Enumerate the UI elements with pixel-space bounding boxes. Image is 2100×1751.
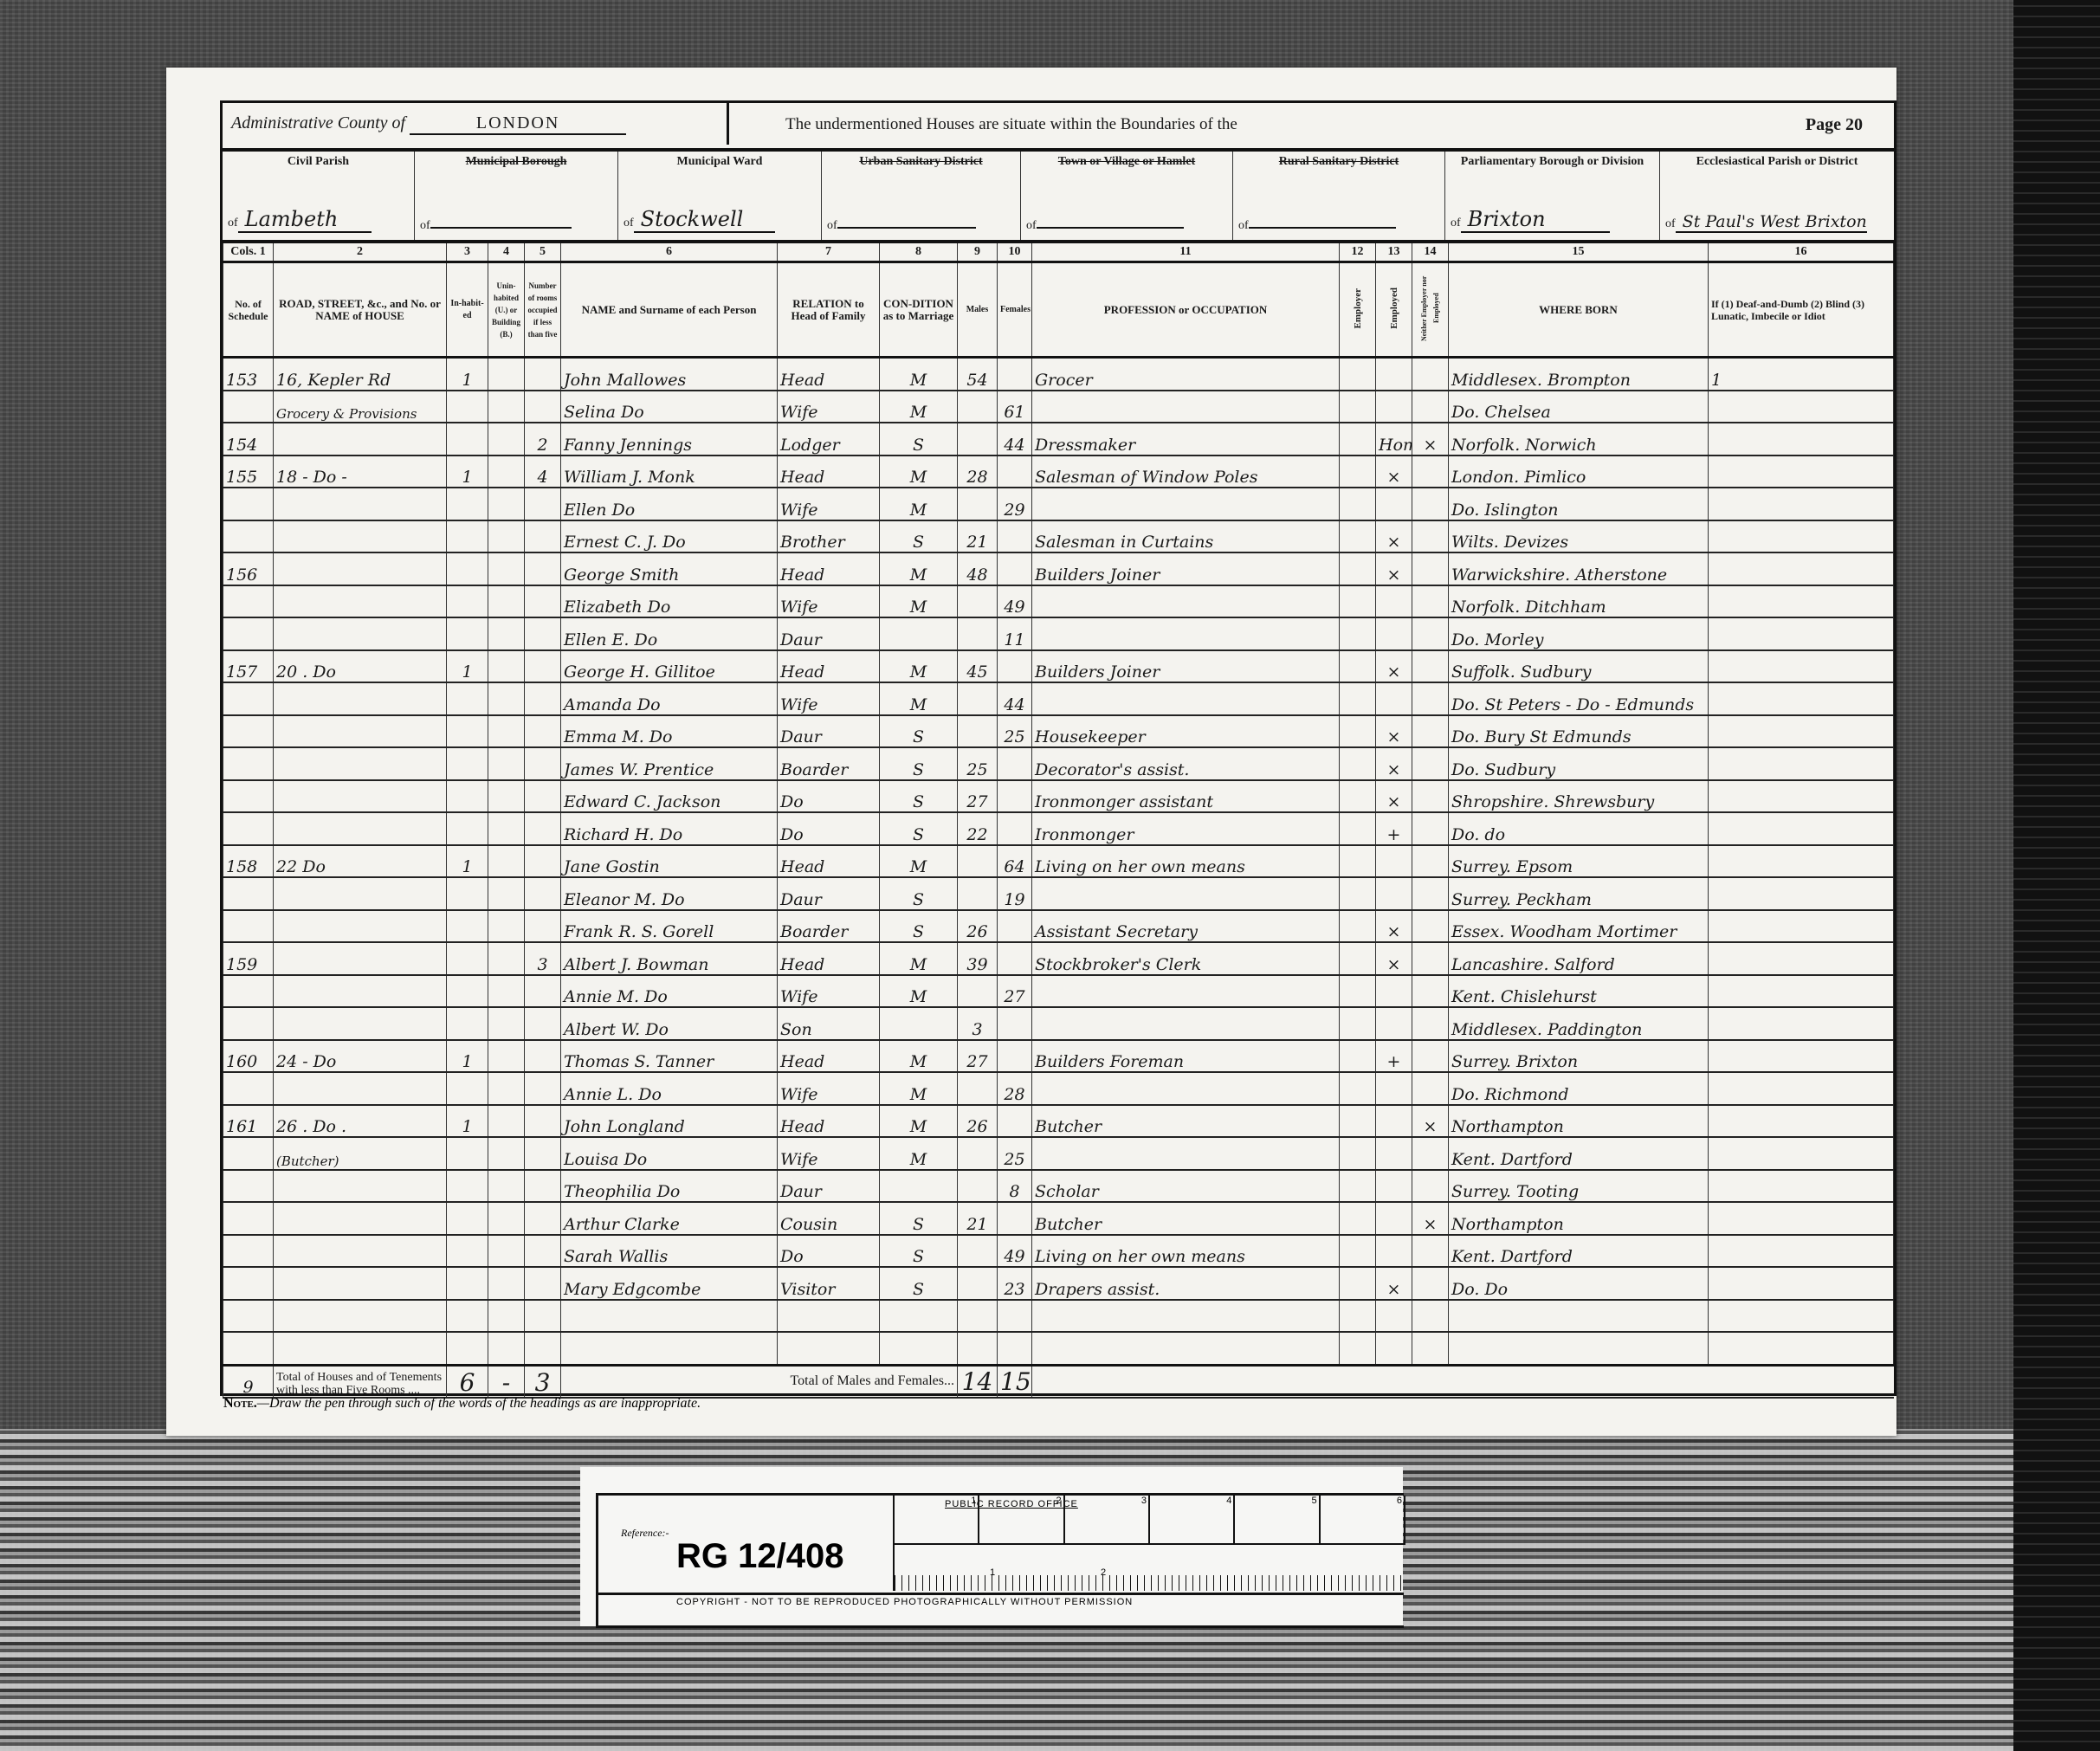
cell-female-age: 25 bbox=[998, 715, 1032, 748]
cell-employed bbox=[1376, 1202, 1412, 1235]
header-female-age: Females bbox=[998, 262, 1032, 358]
cell-where-born: Middlesex. Paddington bbox=[1449, 1007, 1709, 1040]
cell-employer bbox=[1340, 910, 1376, 943]
cell-relation: Daur bbox=[778, 617, 880, 650]
cell-employed bbox=[1376, 845, 1412, 878]
total-rooms: 3 bbox=[525, 1365, 561, 1398]
of-label: of bbox=[1451, 216, 1461, 229]
cell-schedule-number bbox=[223, 488, 274, 520]
cell-inhabited bbox=[447, 975, 488, 1008]
cell-condition: M bbox=[880, 975, 958, 1008]
total-houses-label: Total of Houses and of Tenements with le… bbox=[274, 1365, 447, 1398]
cell-occupation: Assistant Secretary bbox=[1032, 910, 1340, 943]
cell-person-name: Arthur Clarke bbox=[561, 1202, 778, 1235]
cell-address: 16, Kepler Rd bbox=[274, 358, 447, 391]
colnum: 4 bbox=[488, 243, 525, 262]
cell-inhabited: 1 bbox=[447, 456, 488, 488]
cell-employer bbox=[1340, 585, 1376, 618]
cell-uninhabited bbox=[488, 650, 525, 683]
cell-female-age bbox=[998, 780, 1032, 813]
cell-female-age: 44 bbox=[998, 423, 1032, 456]
cell-schedule-number: 154 bbox=[223, 423, 274, 456]
cell-uninhabited bbox=[488, 1202, 525, 1235]
cell-person-name: Elizabeth Do bbox=[561, 585, 778, 618]
division-row: Civil Parish ofLambeth Municipal Borough… bbox=[223, 152, 1894, 243]
cell-uninhabited bbox=[488, 975, 525, 1008]
cell-relation: Head bbox=[778, 456, 880, 488]
cell-address bbox=[274, 617, 447, 650]
cell-male-age: 26 bbox=[958, 1105, 998, 1138]
cell-address bbox=[274, 1332, 447, 1365]
cell-male-age bbox=[958, 1332, 998, 1365]
cell-employer bbox=[1340, 488, 1376, 520]
ruler-mark: 1 bbox=[990, 1567, 995, 1578]
header-neither-label: Neither Employer nor Employed bbox=[1418, 263, 1443, 353]
cell-where-born: Warwickshire. Atherstone bbox=[1449, 552, 1709, 585]
cell-schedule-number: 156 bbox=[223, 552, 274, 585]
cell-male-age bbox=[958, 715, 998, 748]
form-header: Administrative County of LONDON The unde… bbox=[223, 103, 1894, 152]
cell-schedule-number bbox=[223, 780, 274, 813]
cell-male-age: 21 bbox=[958, 1202, 998, 1235]
cell-where-born: Do. Morley bbox=[1449, 617, 1709, 650]
cell-address bbox=[274, 1072, 447, 1105]
cell-male-age bbox=[958, 877, 998, 910]
cell-female-age bbox=[998, 1040, 1032, 1073]
cell-female-age: 49 bbox=[998, 585, 1032, 618]
cell-male-age bbox=[958, 391, 998, 423]
cell-rooms bbox=[525, 780, 561, 813]
cell-employer bbox=[1340, 423, 1376, 456]
cell-male-age bbox=[958, 1300, 998, 1333]
cell-inhabited bbox=[447, 552, 488, 585]
cell-schedule-number bbox=[223, 585, 274, 618]
cell-infirmity bbox=[1709, 975, 1894, 1008]
cell-rooms bbox=[525, 715, 561, 748]
cell-condition: S bbox=[880, 715, 958, 748]
division-label: Town or Village or Hamlet bbox=[1026, 155, 1227, 168]
cell-rooms bbox=[525, 1007, 561, 1040]
cell-employed bbox=[1376, 617, 1412, 650]
cell-male-age bbox=[958, 1235, 998, 1268]
cell-neither bbox=[1412, 877, 1449, 910]
total-females: 15 bbox=[998, 1365, 1032, 1398]
cell-inhabited bbox=[447, 1202, 488, 1235]
cell-relation: Head bbox=[778, 1105, 880, 1138]
cell-address bbox=[274, 1170, 447, 1203]
cell-rooms bbox=[525, 391, 561, 423]
cell-schedule-number: 161 bbox=[223, 1105, 274, 1138]
cell-person-name bbox=[561, 1300, 778, 1333]
cell-uninhabited bbox=[488, 682, 525, 715]
cell-uninhabited bbox=[488, 1105, 525, 1138]
cell-where-born: Do. Sudbury bbox=[1449, 747, 1709, 780]
cell-address bbox=[274, 552, 447, 585]
cell-relation: Boarder bbox=[778, 747, 880, 780]
cell-schedule-number: 153 bbox=[223, 358, 274, 391]
cell-inhabited bbox=[447, 747, 488, 780]
cell-male-age: 25 bbox=[958, 747, 998, 780]
cell-where-born bbox=[1449, 1300, 1709, 1333]
cell-neither bbox=[1412, 1300, 1449, 1333]
cell-male-age: 3 bbox=[958, 1007, 998, 1040]
cell-employer bbox=[1340, 1137, 1376, 1170]
header-condition: CON-DITION as to Marriage bbox=[880, 262, 958, 358]
cell-rooms bbox=[525, 1105, 561, 1138]
cell-employed: + bbox=[1376, 1040, 1412, 1073]
cell-male-age: 45 bbox=[958, 650, 998, 683]
cell-employer bbox=[1340, 1007, 1376, 1040]
cell-employer bbox=[1340, 682, 1376, 715]
cell-female-age bbox=[998, 1332, 1032, 1365]
cell-condition: M bbox=[880, 1072, 958, 1105]
cell-occupation: Dressmaker bbox=[1032, 423, 1340, 456]
cell-neither bbox=[1412, 488, 1449, 520]
cell-address bbox=[274, 877, 447, 910]
cell-where-born: Do. St Peters - Do - Edmunds bbox=[1449, 682, 1709, 715]
cell-person-name: Mary Edgcombe bbox=[561, 1267, 778, 1300]
cell-uninhabited bbox=[488, 747, 525, 780]
header-employer-label: Employer bbox=[1352, 288, 1364, 328]
header-where-born: WHERE BORN bbox=[1449, 262, 1709, 358]
header-rooms: Number of rooms occupied if less than fi… bbox=[525, 262, 561, 358]
cell-relation: Head bbox=[778, 1040, 880, 1073]
cell-schedule-number bbox=[223, 1072, 274, 1105]
colnum: 2 bbox=[274, 243, 447, 262]
cell-address bbox=[274, 682, 447, 715]
cell-infirmity bbox=[1709, 942, 1894, 975]
cell-female-age: 44 bbox=[998, 682, 1032, 715]
census-row: James W. PrenticeBoarderS25Decorator's a… bbox=[223, 747, 1894, 780]
cell-neither bbox=[1412, 780, 1449, 813]
cell-female-age bbox=[998, 1300, 1032, 1333]
census-row: Frank R. S. GorellBoarderS26Assistant Se… bbox=[223, 910, 1894, 943]
of-label: of bbox=[228, 216, 238, 229]
cell-address bbox=[274, 520, 447, 553]
cell-inhabited: 1 bbox=[447, 358, 488, 391]
form-note: Note.—Draw the pen through such of the w… bbox=[223, 1396, 701, 1412]
cell-inhabited bbox=[447, 1072, 488, 1105]
total-males: 14 bbox=[958, 1365, 998, 1398]
cell-person-name: Albert J. Bowman bbox=[561, 942, 778, 975]
cell-male-age bbox=[958, 617, 998, 650]
colnum: 3 bbox=[447, 243, 488, 262]
cell-employed: × bbox=[1376, 650, 1412, 683]
cell-occupation bbox=[1032, 682, 1340, 715]
cell-condition: S bbox=[880, 520, 958, 553]
cell-occupation: Salesman of Window Poles bbox=[1032, 456, 1340, 488]
division-value: Stockwell bbox=[634, 207, 775, 233]
cell-occupation bbox=[1032, 1137, 1340, 1170]
cell-uninhabited bbox=[488, 845, 525, 878]
cell-employer bbox=[1340, 391, 1376, 423]
cell-schedule-number bbox=[223, 1170, 274, 1203]
cell-condition: S bbox=[880, 812, 958, 845]
cell-schedule-number bbox=[223, 1332, 274, 1365]
cell-address bbox=[274, 812, 447, 845]
cell-condition: S bbox=[880, 910, 958, 943]
census-row: 16024 - Do1Thomas S. TannerHeadM27Builde… bbox=[223, 1040, 1894, 1073]
cell-neither bbox=[1412, 552, 1449, 585]
cell-inhabited: 1 bbox=[447, 1040, 488, 1073]
total-blank bbox=[1032, 1365, 1894, 1398]
cell-address bbox=[274, 780, 447, 813]
admin-county: Administrative County of LONDON bbox=[231, 113, 626, 135]
cell-schedule-number: 155 bbox=[223, 456, 274, 488]
census-row: Grocery & ProvisionsSelina DoWifeM61Do. … bbox=[223, 391, 1894, 423]
cell-infirmity bbox=[1709, 780, 1894, 813]
cell-neither bbox=[1412, 1007, 1449, 1040]
cell-relation: Wife bbox=[778, 488, 880, 520]
cell-male-age bbox=[958, 975, 998, 1008]
census-row: Amanda DoWifeM44Do. St Peters - Do - Edm… bbox=[223, 682, 1894, 715]
cell-uninhabited bbox=[488, 1072, 525, 1105]
cell-rooms bbox=[525, 975, 561, 1008]
cell-where-born: Northampton bbox=[1449, 1105, 1709, 1138]
cell-schedule-number: 157 bbox=[223, 650, 274, 683]
cell-address: 18 - Do - bbox=[274, 456, 447, 488]
cell-rooms bbox=[525, 812, 561, 845]
census-row: Emma M. DoDaurS25Housekeeper×Do. Bury St… bbox=[223, 715, 1894, 748]
census-row: Theophilia DoDaur8ScholarSurrey. Tooting bbox=[223, 1170, 1894, 1203]
cell-employed bbox=[1376, 1007, 1412, 1040]
cell-infirmity bbox=[1709, 617, 1894, 650]
census-row bbox=[223, 1332, 1894, 1365]
cell-inhabited bbox=[447, 520, 488, 553]
cell-inhabited: 1 bbox=[447, 650, 488, 683]
totals-row: 9 Total of Houses and of Tenements with … bbox=[223, 1365, 1894, 1398]
cell-uninhabited bbox=[488, 358, 525, 391]
cell-infirmity bbox=[1709, 747, 1894, 780]
cell-condition: M bbox=[880, 391, 958, 423]
ruler-bottom: 1 2 bbox=[895, 1545, 1405, 1591]
cell-occupation: Living on her own means bbox=[1032, 845, 1340, 878]
cell-rooms bbox=[525, 1040, 561, 1073]
cell-where-born: Surrey. Tooting bbox=[1449, 1170, 1709, 1203]
cell-employer bbox=[1340, 1040, 1376, 1073]
cell-condition: M bbox=[880, 682, 958, 715]
cell-inhabited: 1 bbox=[447, 1105, 488, 1138]
cell-person-name: Edward C. Jackson bbox=[561, 780, 778, 813]
cell-address bbox=[274, 715, 447, 748]
cell-where-born: Middlesex. Brompton bbox=[1449, 358, 1709, 391]
cell-uninhabited bbox=[488, 552, 525, 585]
cell-schedule-number bbox=[223, 975, 274, 1008]
cell-rooms bbox=[525, 520, 561, 553]
cell-infirmity bbox=[1709, 488, 1894, 520]
cell-relation: Head bbox=[778, 650, 880, 683]
cell-relation: Do bbox=[778, 1235, 880, 1268]
cell-condition: S bbox=[880, 423, 958, 456]
cell-neither bbox=[1412, 391, 1449, 423]
cell-rooms bbox=[525, 617, 561, 650]
cell-person-name: Sarah Wallis bbox=[561, 1235, 778, 1268]
header-schedule: No. of Schedule bbox=[223, 262, 274, 358]
of-label: of bbox=[827, 219, 837, 232]
cell-female-age: 8 bbox=[998, 1170, 1032, 1203]
cell-uninhabited bbox=[488, 1137, 525, 1170]
of-label: of bbox=[1238, 219, 1249, 232]
reference-code: RG 12/408 bbox=[676, 1537, 843, 1576]
cell-relation: Daur bbox=[778, 715, 880, 748]
census-row: 1542Fanny JenningsLodgerS44DressmakerHom… bbox=[223, 423, 1894, 456]
cell-rooms bbox=[525, 845, 561, 878]
cell-occupation bbox=[1032, 877, 1340, 910]
cell-employer bbox=[1340, 975, 1376, 1008]
cell-occupation bbox=[1032, 617, 1340, 650]
colnum: 5 bbox=[525, 243, 561, 262]
division-label: Municipal Ward bbox=[624, 155, 816, 168]
census-row: (Butcher)Louisa DoWifeM25Kent. Dartford bbox=[223, 1137, 1894, 1170]
cell-employed bbox=[1376, 1235, 1412, 1268]
cell-infirmity bbox=[1709, 1170, 1894, 1203]
cell-address bbox=[274, 975, 447, 1008]
cell-female-age: 49 bbox=[998, 1235, 1032, 1268]
division-urban-sanitary-district: Urban Sanitary District of bbox=[822, 152, 1021, 240]
cell-inhabited bbox=[447, 715, 488, 748]
cell-employed: Home bbox=[1376, 423, 1412, 456]
cell-inhabited bbox=[447, 391, 488, 423]
cell-occupation: Ironmonger assistant bbox=[1032, 780, 1340, 813]
cell-inhabited bbox=[447, 910, 488, 943]
cell-neither bbox=[1412, 1267, 1449, 1300]
cell-infirmity bbox=[1709, 391, 1894, 423]
copyright-notice: COPYRIGHT - NOT TO BE REPRODUCED PHOTOGR… bbox=[598, 1593, 1404, 1607]
cell-uninhabited bbox=[488, 617, 525, 650]
cell-schedule-number: 160 bbox=[223, 1040, 274, 1073]
cell-employer bbox=[1340, 1300, 1376, 1333]
cell-inhabited bbox=[447, 682, 488, 715]
cell-employer bbox=[1340, 1072, 1376, 1105]
of-label: of bbox=[1026, 219, 1037, 232]
colnum: 6 bbox=[561, 243, 778, 262]
cell-schedule-number bbox=[223, 1137, 274, 1170]
division-label: Civil Parish bbox=[228, 155, 409, 168]
cell-uninhabited bbox=[488, 488, 525, 520]
cell-infirmity bbox=[1709, 1105, 1894, 1138]
cell-person-name: Ellen E. Do bbox=[561, 617, 778, 650]
cell-neither bbox=[1412, 682, 1449, 715]
colnum: Cols. 1 bbox=[223, 243, 274, 262]
cell-infirmity bbox=[1709, 682, 1894, 715]
cell-condition: S bbox=[880, 1235, 958, 1268]
cell-female-age bbox=[998, 1105, 1032, 1138]
cell-uninhabited bbox=[488, 456, 525, 488]
cell-address: 24 - Do bbox=[274, 1040, 447, 1073]
cell-employed: × bbox=[1376, 552, 1412, 585]
cell-neither bbox=[1412, 1137, 1449, 1170]
cell-condition: S bbox=[880, 747, 958, 780]
cell-neither bbox=[1412, 942, 1449, 975]
cell-relation: Visitor bbox=[778, 1267, 880, 1300]
cell-employed bbox=[1376, 682, 1412, 715]
cell-person-name: Ernest C. J. Do bbox=[561, 520, 778, 553]
header-neither: Neither Employer nor Employed bbox=[1412, 262, 1449, 358]
cell-infirmity bbox=[1709, 715, 1894, 748]
cell-male-age bbox=[958, 1072, 998, 1105]
cell-employed bbox=[1376, 391, 1412, 423]
cell-uninhabited bbox=[488, 812, 525, 845]
cell-address: 20 . Do bbox=[274, 650, 447, 683]
cell-occupation bbox=[1032, 1300, 1340, 1333]
cell-relation: Cousin bbox=[778, 1202, 880, 1235]
cell-neither bbox=[1412, 1072, 1449, 1105]
header-infirmity: If (1) Deaf-and-Dumb (2) Blind (3) Lunat… bbox=[1709, 262, 1894, 358]
cell-person-name: Theophilia Do bbox=[561, 1170, 778, 1203]
cell-schedule-number bbox=[223, 617, 274, 650]
cell-rooms bbox=[525, 1332, 561, 1365]
colnum: 12 bbox=[1340, 243, 1376, 262]
cell-occupation: Builders Joiner bbox=[1032, 552, 1340, 585]
cell-employer bbox=[1340, 520, 1376, 553]
header-employed: Employed bbox=[1376, 262, 1412, 358]
cell-where-born: Do. Do bbox=[1449, 1267, 1709, 1300]
cell-employed: + bbox=[1376, 812, 1412, 845]
cell-inhabited bbox=[447, 1007, 488, 1040]
cell-infirmity bbox=[1709, 456, 1894, 488]
colnum: 10 bbox=[998, 243, 1032, 262]
colnum: 11 bbox=[1032, 243, 1340, 262]
cell-employed: × bbox=[1376, 910, 1412, 943]
cell-condition: M bbox=[880, 1040, 958, 1073]
cell-rooms bbox=[525, 552, 561, 585]
cell-employer bbox=[1340, 942, 1376, 975]
division-label: Parliamentary Borough or Division bbox=[1451, 155, 1654, 168]
cell-infirmity bbox=[1709, 650, 1894, 683]
colnum: 8 bbox=[880, 243, 958, 262]
cell-inhabited bbox=[447, 617, 488, 650]
cell-male-age bbox=[958, 682, 998, 715]
cell-where-born: Suffolk. Sudbury bbox=[1449, 650, 1709, 683]
cell-occupation: Scholar bbox=[1032, 1170, 1340, 1203]
cell-employed: × bbox=[1376, 942, 1412, 975]
division-value bbox=[430, 227, 572, 229]
cell-person-name bbox=[561, 1332, 778, 1365]
cell-female-age bbox=[998, 812, 1032, 845]
cell-uninhabited bbox=[488, 1235, 525, 1268]
cell-relation: Lodger bbox=[778, 423, 880, 456]
cell-rooms: 3 bbox=[525, 942, 561, 975]
cell-neither bbox=[1412, 650, 1449, 683]
cell-relation bbox=[778, 1332, 880, 1365]
cell-where-born: Surrey. Epsom bbox=[1449, 845, 1709, 878]
cell-where-born: Do. do bbox=[1449, 812, 1709, 845]
cell-female-age: 61 bbox=[998, 391, 1032, 423]
cell-employed bbox=[1376, 1332, 1412, 1365]
census-row: 15720 . Do1George H. GillitoeHeadM45Buil… bbox=[223, 650, 1894, 683]
ruler-mark: 4 bbox=[1150, 1496, 1235, 1543]
cell-schedule-number bbox=[223, 391, 274, 423]
cell-person-name: Louisa Do bbox=[561, 1137, 778, 1170]
cell-male-age bbox=[958, 845, 998, 878]
cell-condition: M bbox=[880, 585, 958, 618]
ruler-mark: 3 bbox=[1065, 1496, 1150, 1543]
cell-employed: × bbox=[1376, 715, 1412, 748]
census-row: 16126 . Do .1John LonglandHeadM26Butcher… bbox=[223, 1105, 1894, 1138]
cell-employer bbox=[1340, 845, 1376, 878]
cell-condition: M bbox=[880, 650, 958, 683]
cell-female-age bbox=[998, 552, 1032, 585]
cell-infirmity: 1 bbox=[1709, 358, 1894, 391]
cell-occupation bbox=[1032, 1332, 1340, 1365]
cell-where-born: Kent. Chislehurst bbox=[1449, 975, 1709, 1008]
division-rural-sanitary-district: Rural Sanitary District of bbox=[1233, 152, 1445, 240]
cell-address bbox=[274, 1235, 447, 1268]
cell-employer bbox=[1340, 1170, 1376, 1203]
cell-neither bbox=[1412, 1332, 1449, 1365]
cell-schedule-number bbox=[223, 812, 274, 845]
cell-male-age bbox=[958, 1170, 998, 1203]
